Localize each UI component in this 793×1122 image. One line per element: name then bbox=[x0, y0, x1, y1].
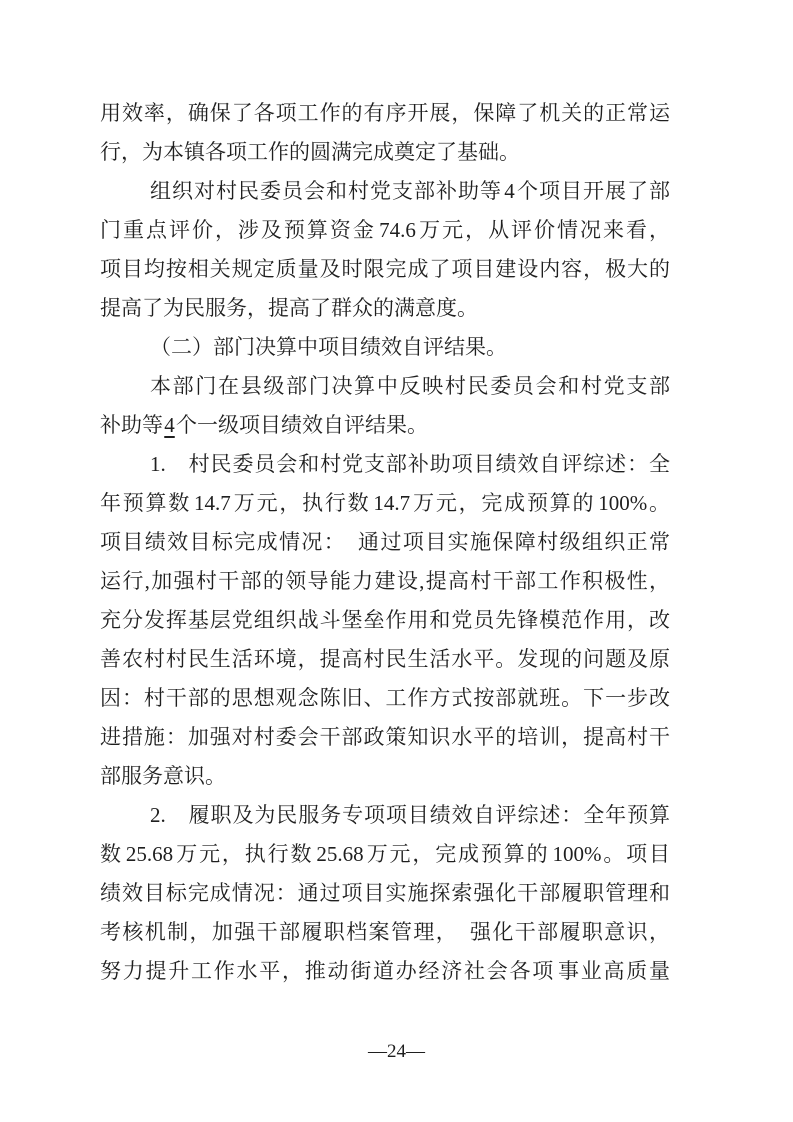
text-segment: 运行,加强村干部的领导能力建设,提高村干部工作积极性， bbox=[100, 569, 670, 593]
section-heading: （二）部门决算中项目绩效自评结果。 bbox=[100, 328, 670, 367]
text-segment: 1. 村民委员会和村党支部补助项目绩效自评综述：全 bbox=[150, 452, 670, 476]
text-segment: 考核机制，加强干部履职档案管理， 强化干部履职意识， bbox=[100, 920, 670, 944]
text-segment: 项目绩效目标完成情况： 通过项目实施保障村级组织正常 bbox=[100, 530, 670, 554]
text-line: 善农村村民生活环境，提高村民生活水平。发现的问题及原 bbox=[100, 640, 670, 679]
text-line: 数 25.68 万元，执行数 25.68 万元，完成预算的 100%。项目 bbox=[100, 835, 670, 874]
text-segment: 进措施：加强对村委会干部政策知识水平的培训，提高村干 bbox=[100, 725, 670, 749]
text-segment: 因：村干部的思想观念陈旧、工作方式按部就班。下一步改 bbox=[100, 686, 670, 710]
text-line: 努力提升工作水平，推动街道办经济社会各项 事业高质量 bbox=[100, 952, 670, 991]
text-line: 进措施：加强对村委会干部政策知识水平的培训，提高村干 bbox=[100, 718, 670, 757]
text-segment: 善农村村民生活环境，提高村民生活水平。发现的问题及原 bbox=[100, 647, 670, 671]
text-segment: 项目均按相关规定质量及时限完成了项目建设内容，极大的 bbox=[100, 257, 670, 281]
text-line: 因：村干部的思想观念陈旧、工作方式按部就班。下一步改 bbox=[100, 679, 670, 718]
text-segment: 努力提升工作水平，推动街道办经济社会各项 事业高质量 bbox=[100, 959, 670, 983]
text-segment: 提高了为民服务，提高了群众的满意度。 bbox=[100, 296, 478, 320]
text-line: 部服务意识。 bbox=[100, 757, 670, 796]
text-line: 绩效目标完成情况：通过项目实施探索强化干部履职管理和 bbox=[100, 874, 670, 913]
text-line: 2. 履职及为民服务专项项目绩效自评综述：全年预算 bbox=[100, 796, 670, 835]
text-segment: 年预算数 14.7 万元，执行数 14.7 万元，完成预算的 100%。 bbox=[100, 491, 670, 515]
text-segment: 2. 履职及为民服务专项项目绩效自评综述：全年预算 bbox=[150, 803, 670, 827]
text-segment: 用效率，确保了各项工作的有序开展，保障了机关的正常运 bbox=[100, 101, 670, 125]
text-segment: 补助等 bbox=[100, 413, 164, 437]
text-line: 考核机制，加强干部履职档案管理， 强化干部履职意识， bbox=[100, 913, 670, 952]
text-line: 本部门在县级部门决算中反映村民委员会和村党支部 bbox=[100, 367, 670, 406]
text-segment: 部服务意识。 bbox=[100, 764, 226, 788]
text-line: 运行,加强村干部的领导能力建设,提高村干部工作积极性， bbox=[100, 562, 670, 601]
text-segment: 行，为本镇各项工作的圆满完成奠定了基础。 bbox=[100, 140, 520, 164]
document-body: 用效率，确保了各项工作的有序开展，保障了机关的正常运行，为本镇各项工作的圆满完成… bbox=[100, 94, 670, 991]
text-line: 年预算数 14.7 万元，执行数 14.7 万元，完成预算的 100%。 bbox=[100, 484, 670, 523]
text-line: 项目绩效目标完成情况： 通过项目实施保障村级组织正常 bbox=[100, 523, 670, 562]
text-line: 1. 村民委员会和村党支部补助项目绩效自评综述：全 bbox=[100, 445, 670, 484]
text-segment: 绩效目标完成情况：通过项目实施探索强化干部履职管理和 bbox=[100, 881, 670, 905]
page-number: —24— bbox=[368, 1041, 425, 1062]
text-line: 项目均按相关规定质量及时限完成了项目建设内容，极大的 bbox=[100, 250, 670, 289]
text-segment: 数 25.68 万元，执行数 25.68 万元，完成预算的 100%。项目 bbox=[100, 842, 670, 866]
page-footer: —24— bbox=[0, 1040, 793, 1064]
text-segment: 本部门在县级部门决算中反映村民委员会和村党支部 bbox=[150, 374, 670, 398]
text-line: 行，为本镇各项工作的圆满完成奠定了基础。 bbox=[100, 133, 670, 172]
text-line: 门重点评价，涉及预算资金 74.6 万元，从评价情况来看， bbox=[100, 211, 670, 250]
text-line: 用效率，确保了各项工作的有序开展，保障了机关的正常运 bbox=[100, 94, 670, 133]
text-line: 充分发挥基层党组织战斗堡垒作用和党员先锋模范作用，改 bbox=[100, 601, 670, 640]
text-line: 组织对村民委员会和村党支部补助等 4 个项目开展了部 bbox=[100, 172, 670, 211]
text-segment: 充分发挥基层党组织战斗堡垒作用和党员先锋模范作用，改 bbox=[100, 608, 670, 632]
text-line: 补助等 4 个一级项目绩效自评结果。 bbox=[100, 406, 670, 445]
text-segment: 门重点评价，涉及预算资金 74.6 万元，从评价情况来看， bbox=[100, 218, 670, 242]
text-segment: 组织对村民委员会和村党支部补助等 4 个项目开展了部 bbox=[150, 179, 670, 203]
underlined-count: 4 bbox=[164, 413, 175, 437]
document-page: 用效率，确保了各项工作的有序开展，保障了机关的正常运行，为本镇各项工作的圆满完成… bbox=[0, 0, 793, 1122]
text-segment: 个一级项目绩效自评结果。 bbox=[175, 413, 428, 437]
text-segment: （二）部门决算中项目绩效自评结果。 bbox=[150, 335, 507, 359]
text-line: 提高了为民服务，提高了群众的满意度。 bbox=[100, 289, 670, 328]
